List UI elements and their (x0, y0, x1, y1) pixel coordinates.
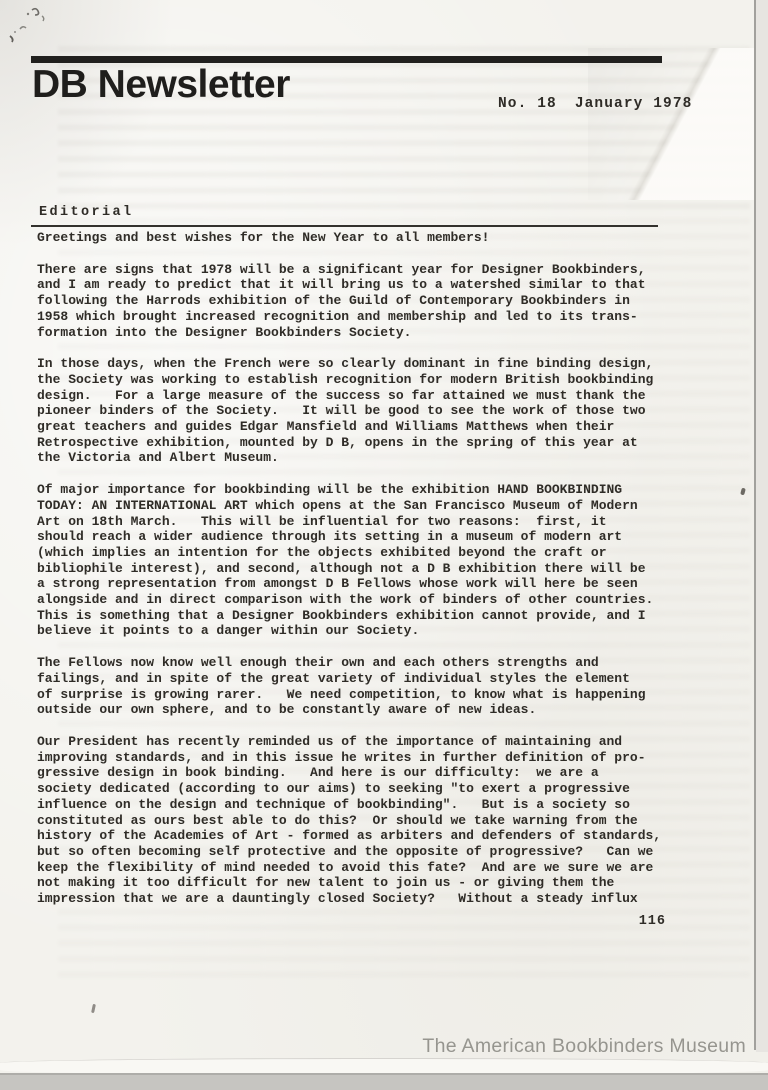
section-heading-rule (31, 225, 658, 227)
editorial-paragraph: Our President has recently reminded us o… (37, 734, 692, 907)
editorial-paragraph: The Fellows now know well enough their o… (37, 655, 692, 718)
page-corner-curl (588, 48, 768, 200)
masthead-rule (31, 56, 662, 63)
newsletter-title: DB Newsletter (32, 63, 290, 107)
editorial-paragraph: Of major importance for bookbinding will… (37, 482, 692, 639)
issue-date: January 1978 (575, 96, 693, 112)
scanner-background (0, 1073, 768, 1090)
section-heading: Editorial (39, 205, 134, 220)
editorial-paragraph: Greetings and best wishes for the New Ye… (37, 230, 692, 246)
page-number: 116 (40, 914, 666, 929)
issue-number: No. 18 (498, 96, 557, 112)
editorial-body: Greetings and best wishes for the New Ye… (37, 230, 692, 923)
editorial-paragraph: In those days, when the French were so c… (37, 356, 692, 466)
editorial-paragraph: There are signs that 1978 will be a sign… (37, 262, 692, 341)
scanned-newsletter-page: DB Newsletter No. 18January 1978 Editori… (0, 0, 768, 1090)
museum-watermark: The American Bookbinders Museum (422, 1035, 746, 1058)
ink-fleck (91, 1004, 96, 1013)
issue-line: No. 18January 1978 (498, 96, 692, 112)
page-right-edge (754, 0, 756, 1050)
pen-scribble-marks (2, 2, 72, 52)
page-right-margin-area (756, 0, 768, 1052)
